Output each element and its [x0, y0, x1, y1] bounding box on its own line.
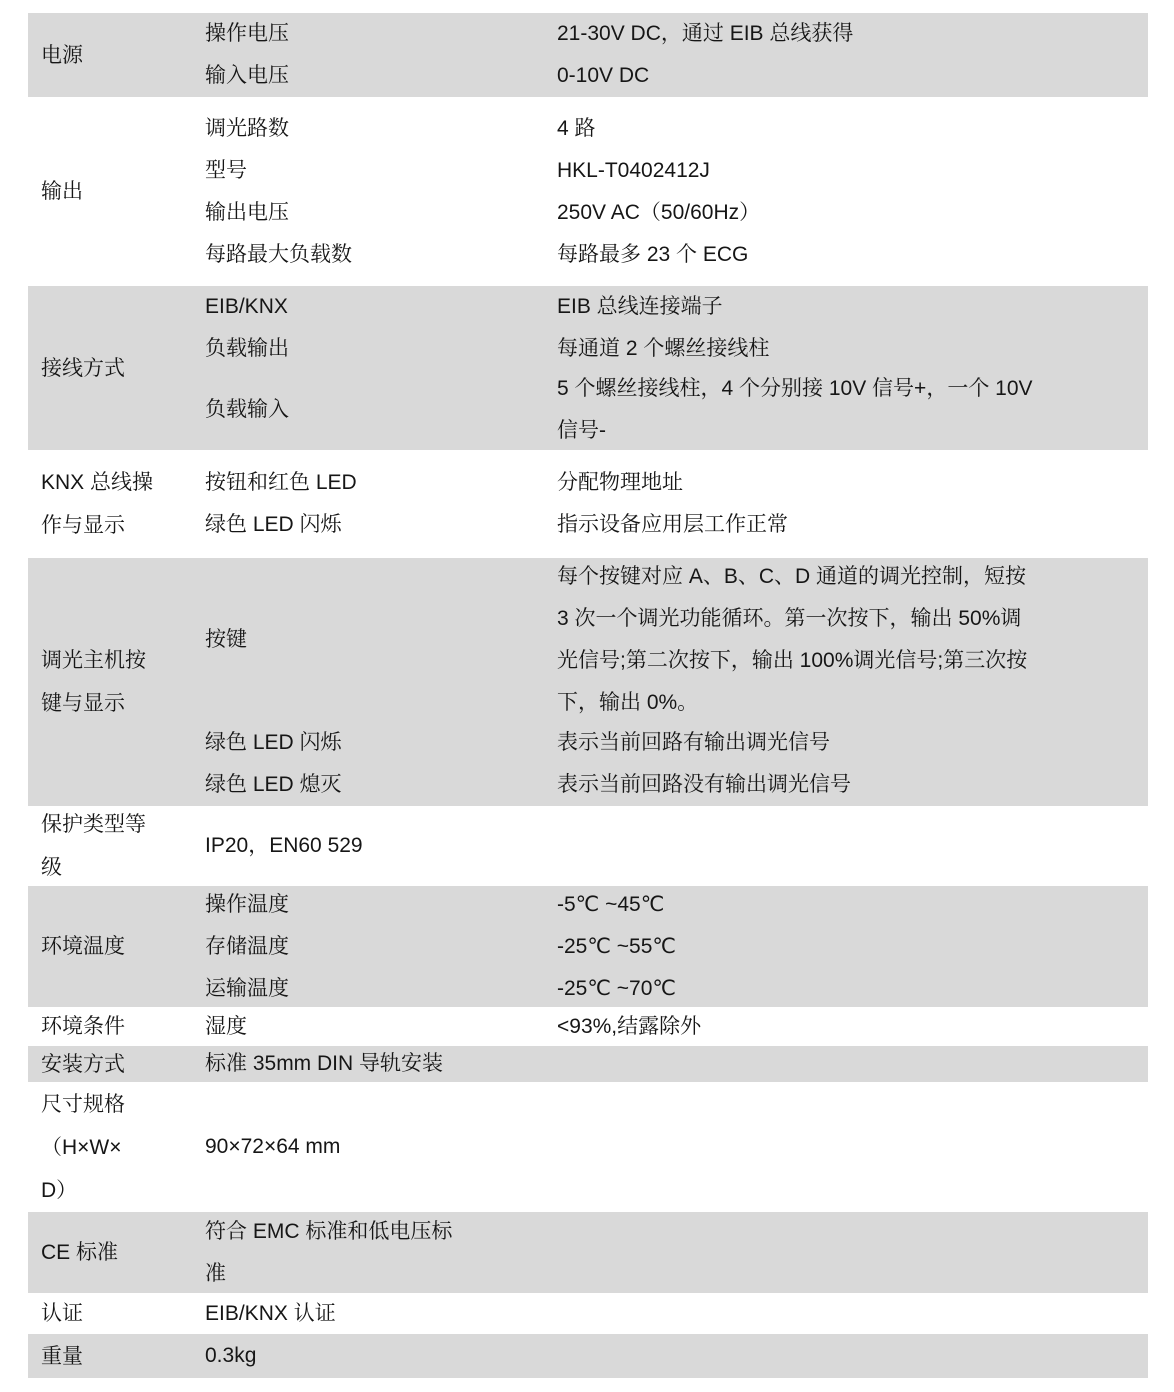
row-category: CE 标准: [28, 1212, 195, 1293]
spec-value: 每个按键对应 A、B、C、D 通道的调光控制，短按 3 次一个调光功能循环。第一…: [547, 556, 1148, 724]
row-body: 调光路数 4 路 型号 HKL-T0402412J 输出电压 250V AC（5…: [195, 97, 1148, 286]
spec-value: 指示设备应用层工作正常: [547, 504, 1148, 546]
spec-value: -5℃ ~45℃: [547, 884, 1148, 926]
spec-label: 型号: [195, 150, 547, 192]
spec-item: 输入电压 0-10V DC: [195, 55, 1148, 97]
row-body: IP20，EN60 529: [195, 806, 1148, 886]
row-body: 标准 35mm DIN 导轨安装: [195, 1046, 1148, 1082]
spec-value: 分配物理地址: [547, 462, 1148, 504]
spec-row-dimmer-keys: 调光主机按 键与显示 按键 每个按键对应 A、B、C、D 通道的调光控制，短按 …: [28, 558, 1148, 806]
spec-item: 按钮和红色 LED 分配物理地址: [195, 462, 1148, 504]
spec-label: 运输温度: [195, 968, 547, 1010]
spec-label: 绿色 LED 熄灭: [195, 764, 547, 806]
spec-item: 运输温度 -25℃ ~70℃: [195, 968, 1148, 1010]
spec-item: 负载输入 5 个螺丝接线柱，4 个分别接 10V 信号+，一个 10V 信号-: [195, 370, 1148, 450]
spec-label: EIB/KNX 认证: [195, 1293, 547, 1335]
row-category: 安装方式: [28, 1046, 195, 1082]
spec-item: 符合 EMC 标准和低电压标 准: [195, 1212, 1148, 1293]
spec-label: 操作电压: [195, 13, 547, 55]
spec-label: 负载输入: [195, 389, 547, 431]
row-body: 湿度 <93%,结露除外: [195, 1007, 1148, 1046]
spec-label: 每路最大负载数: [195, 234, 547, 276]
row-body: 符合 EMC 标准和低电压标 准: [195, 1212, 1148, 1293]
spec-label: 绿色 LED 闪烁: [195, 504, 547, 546]
row-body: 按键 每个按键对应 A、B、C、D 通道的调光控制，短按 3 次一个调光功能循环…: [195, 558, 1148, 806]
row-category: 调光主机按 键与显示: [28, 558, 195, 806]
spec-label: 标准 35mm DIN 导轨安装: [195, 1043, 547, 1085]
spec-value: 21-30V DC，通过 EIB 总线获得: [547, 13, 1148, 55]
spec-item: IP20，EN60 529: [195, 825, 1148, 867]
spec-item: 0.3kg: [195, 1335, 1148, 1377]
spec-value: 每路最多 23 个 ECG: [547, 234, 1148, 276]
spec-item: 标准 35mm DIN 导轨安装: [195, 1046, 1148, 1082]
spec-row-wiring: 接线方式 EIB/KNX EIB 总线连接端子 负载输出 每通道 2 个螺丝接线…: [28, 286, 1148, 450]
spec-label: 90×72×64 mm: [195, 1126, 547, 1168]
row-category: 重量: [28, 1334, 195, 1378]
spec-value: EIB 总线连接端子: [547, 286, 1148, 328]
row-body: 操作温度 -5℃ ~45℃ 存储温度 -25℃ ~55℃ 运输温度 -25℃ ~…: [195, 886, 1148, 1007]
spec-item: 操作温度 -5℃ ~45℃: [195, 884, 1148, 926]
spec-value: HKL-T0402412J: [547, 150, 1148, 192]
spec-item: 90×72×64 mm: [195, 1126, 1148, 1168]
row-category: 保护类型等 级: [28, 806, 195, 886]
spec-row-dimensions: 尺寸规格 （H×W× D） 90×72×64 mm: [28, 1082, 1148, 1212]
row-body: 操作电压 21-30V DC，通过 EIB 总线获得 输入电压 0-10V DC: [195, 13, 1148, 97]
spec-item: 调光路数 4 路: [195, 108, 1148, 150]
row-category: 环境条件: [28, 1007, 195, 1046]
row-category: 输出: [28, 97, 195, 286]
spec-item: EIB/KNX 认证: [195, 1293, 1148, 1334]
spec-row-power: 电源 操作电压 21-30V DC，通过 EIB 总线获得 输入电压 0-10V…: [28, 13, 1148, 97]
row-category: 尺寸规格 （H×W× D）: [28, 1082, 195, 1212]
spec-row-output: 输出 调光路数 4 路 型号 HKL-T0402412J 输出电压 250V A…: [28, 97, 1148, 286]
spec-label: 湿度: [195, 1006, 547, 1048]
row-body: EIB/KNX 认证: [195, 1293, 1148, 1334]
spec-value: -25℃ ~55℃: [547, 926, 1148, 968]
spec-item: 输出电压 250V AC（50/60Hz）: [195, 192, 1148, 234]
spec-row-mounting: 安装方式 标准 35mm DIN 导轨安装: [28, 1046, 1148, 1082]
row-category: 环境温度: [28, 886, 195, 1007]
spec-value: 250V AC（50/60Hz）: [547, 192, 1148, 234]
spec-label: 按钮和红色 LED: [195, 462, 547, 504]
row-body: 按钮和红色 LED 分配物理地址 绿色 LED 闪烁 指示设备应用层工作正常: [195, 450, 1148, 558]
spec-item: 负载输出 每通道 2 个螺丝接线柱: [195, 328, 1148, 370]
spec-row-knx-bus: KNX 总线操 作与显示 按钮和红色 LED 分配物理地址 绿色 LED 闪烁 …: [28, 450, 1148, 558]
spec-row-weight: 重量 0.3kg: [28, 1334, 1148, 1378]
spec-value: 每通道 2 个螺丝接线柱: [547, 328, 1148, 370]
spec-label: 输入电压: [195, 55, 547, 97]
spec-item: 绿色 LED 熄灭 表示当前回路没有输出调光信号: [195, 764, 1148, 806]
spec-item: 按键 每个按键对应 A、B、C、D 通道的调光控制，短按 3 次一个调光功能循环…: [195, 558, 1148, 722]
row-category: 电源: [28, 13, 195, 97]
spec-label: 绿色 LED 闪烁: [195, 722, 547, 764]
spec-label: IP20，EN60 529: [195, 825, 547, 867]
spec-item: 型号 HKL-T0402412J: [195, 150, 1148, 192]
spec-item: 绿色 LED 闪烁 指示设备应用层工作正常: [195, 504, 1148, 546]
row-body: 0.3kg: [195, 1334, 1148, 1378]
spec-row-ambient-temp: 环境温度 操作温度 -5℃ ~45℃ 存储温度 -25℃ ~55℃ 运输温度 -…: [28, 886, 1148, 1007]
spec-row-protection: 保护类型等 级 IP20，EN60 529: [28, 806, 1148, 886]
spec-item: 湿度 <93%,结露除外: [195, 1007, 1148, 1046]
row-body: EIB/KNX EIB 总线连接端子 负载输出 每通道 2 个螺丝接线柱 负载输…: [195, 286, 1148, 450]
spec-item: 绿色 LED 闪烁 表示当前回路有输出调光信号: [195, 722, 1148, 764]
spec-label: 符合 EMC 标准和低电压标 准: [195, 1211, 547, 1295]
spec-label: 输出电压: [195, 192, 547, 234]
spec-label: 0.3kg: [195, 1335, 547, 1377]
spec-table: 电源 操作电压 21-30V DC，通过 EIB 总线获得 输入电压 0-10V…: [28, 13, 1148, 1378]
spec-value: 表示当前回路没有输出调光信号: [547, 764, 1148, 806]
spec-value: 表示当前回路有输出调光信号: [547, 722, 1148, 764]
spec-label: 调光路数: [195, 108, 547, 150]
spec-label: 负载输出: [195, 328, 547, 370]
spec-value: 5 个螺丝接线柱，4 个分别接 10V 信号+，一个 10V 信号-: [547, 368, 1148, 452]
spec-row-ce: CE 标准 符合 EMC 标准和低电压标 准: [28, 1212, 1148, 1293]
spec-value: -25℃ ~70℃: [547, 968, 1148, 1010]
spec-value: <93%,结露除外: [547, 1006, 1148, 1048]
spec-label: 操作温度: [195, 884, 547, 926]
row-category: 认证: [28, 1293, 195, 1334]
page: { "colors": { "row_shade": "#d9d9d9", "t…: [0, 0, 1174, 1392]
spec-row-ambient-cond: 环境条件 湿度 <93%,结露除外: [28, 1007, 1148, 1046]
spec-value: 0-10V DC: [547, 55, 1148, 97]
spec-label: EIB/KNX: [195, 286, 547, 328]
spec-value: 4 路: [547, 108, 1148, 150]
spec-item: 存储温度 -25℃ ~55℃: [195, 926, 1148, 968]
row-category: KNX 总线操 作与显示: [28, 450, 195, 558]
spec-row-certification: 认证 EIB/KNX 认证: [28, 1293, 1148, 1334]
spec-item: 每路最大负载数 每路最多 23 个 ECG: [195, 234, 1148, 276]
spec-item: 操作电压 21-30V DC，通过 EIB 总线获得: [195, 13, 1148, 55]
spec-label: 按键: [195, 619, 547, 661]
spec-item: EIB/KNX EIB 总线连接端子: [195, 286, 1148, 328]
spec-label: 存储温度: [195, 926, 547, 968]
row-category: 接线方式: [28, 286, 195, 450]
row-body: 90×72×64 mm: [195, 1082, 1148, 1212]
